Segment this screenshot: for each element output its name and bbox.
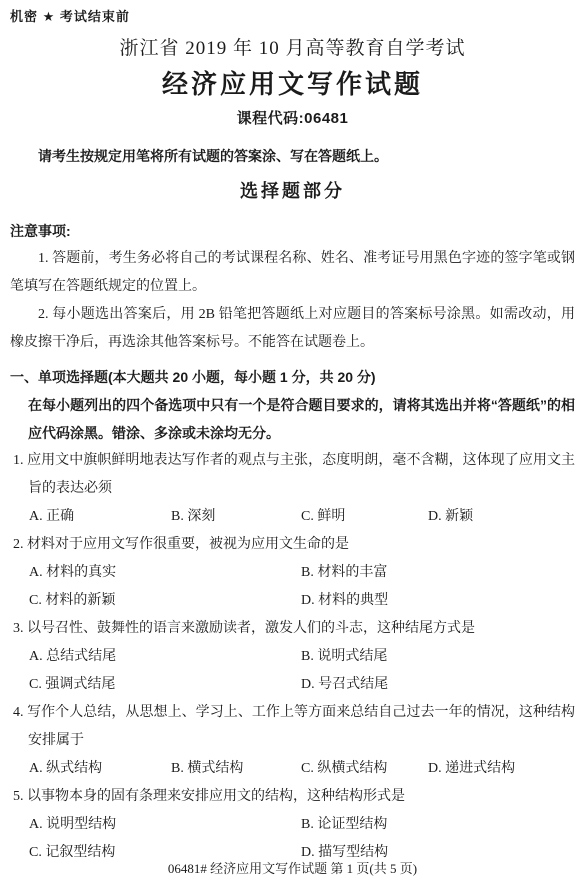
- question-1-option-c: C. 鲜明: [301, 503, 428, 531]
- part-one-instructions: 在每小题列出的四个备选项中只有一个是符合题目要求的，请将其选出并将“答题纸”的相…: [10, 391, 575, 447]
- question-3-options-row-1: A. 总结式结尾 B. 说明式结尾: [10, 643, 575, 671]
- answer-sheet-instruction: 请考生按规定用笔将所有试题的答案涂、写在答题纸上。: [10, 147, 575, 165]
- question-2-option-b: B. 材料的丰富: [301, 559, 387, 587]
- question-4-options: A. 纵式结构 B. 横式结构 C. 纵横式结构 D. 递进式结构: [10, 755, 575, 783]
- question-4-number: 4.: [13, 705, 24, 720]
- question-3-number: 3.: [13, 621, 24, 636]
- question-2: 2. 材料对于应用文写作很重要，被视为应用文生命的是 A. 材料的真实 B. 材…: [10, 531, 575, 615]
- question-2-options-row-1: A. 材料的真实 B. 材料的丰富: [10, 559, 575, 587]
- exam-page: 机密 ★ 考试结束前 浙江省 2019 年 10 月高等教育自学考试 经济应用文…: [0, 0, 585, 885]
- question-4-option-d: D. 递进式结构: [428, 755, 515, 783]
- question-3-options-row-2: C. 强调式结尾 D. 号召式结尾: [10, 671, 575, 699]
- question-5-option-a: A. 说明型结构: [29, 811, 301, 839]
- question-5-options-row-1: A. 说明型结构 B. 论证型结构: [10, 811, 575, 839]
- question-1-number: 1.: [13, 453, 24, 468]
- security-label: 机密 ★ 考试结束前: [10, 8, 575, 26]
- question-4: 4. 写作个人总结，从思想上、学习上、工作上等方面来总结自己过去一年的情况，这种…: [10, 699, 575, 783]
- question-3-text: 3. 以号召性、鼓舞性的语言来激励读者，激发人们的斗志，这种结尾方式是: [10, 615, 575, 643]
- exam-title: 经济应用文写作试题: [10, 67, 575, 101]
- question-2-option-d: D. 材料的典型: [301, 587, 388, 615]
- note-item-1: 1. 答题前，考生务必将自己的考试课程名称、姓名、准考证号用黑色字迹的签字笔或钢…: [10, 245, 575, 301]
- question-4-option-a: A. 纵式结构: [29, 755, 171, 783]
- question-5-number: 5.: [13, 789, 24, 804]
- question-1-option-d: D. 新颖: [428, 503, 473, 531]
- question-1-options: A. 正确 B. 深刻 C. 鲜明 D. 新颖: [10, 503, 575, 531]
- question-4-text: 4. 写作个人总结，从思想上、学习上、工作上等方面来总结自己过去一年的情况，这种…: [10, 699, 575, 755]
- question-5-text: 5. 以事物本身的固有条理来安排应用文的结构，这种结构形式是: [10, 783, 575, 811]
- question-1-option-a: A. 正确: [29, 503, 171, 531]
- note-item-2: 2. 每小题选出答案后，用 2B 铅笔把答题纸上对应题目的答案标号涂黑。如需改动…: [10, 301, 575, 357]
- question-4-body: 写作个人总结，从思想上、学习上、工作上等方面来总结自己过去一年的情况，这种结构安…: [27, 705, 575, 748]
- course-code: 课程代码:06481: [10, 109, 575, 129]
- question-3-option-a: A. 总结式结尾: [29, 643, 301, 671]
- question-2-text: 2. 材料对于应用文写作很重要，被视为应用文生命的是: [10, 531, 575, 559]
- question-2-option-a: A. 材料的真实: [29, 559, 301, 587]
- question-4-option-c: C. 纵横式结构: [301, 755, 428, 783]
- question-2-options-row-2: C. 材料的新颖 D. 材料的典型: [10, 587, 575, 615]
- section-title: 选择题部分: [10, 179, 575, 203]
- question-2-option-c: C. 材料的新颖: [29, 587, 301, 615]
- question-2-body: 材料对于应用文写作很重要，被视为应用文生命的是: [27, 537, 349, 552]
- part-one-heading: 一、单项选择题(本大题共 20 小题，每小题 1 分，共 20 分): [10, 363, 575, 391]
- question-5-option-b: B. 论证型结构: [301, 811, 387, 839]
- question-3-option-c: C. 强调式结尾: [29, 671, 301, 699]
- exam-session-title: 浙江省 2019 年 10 月高等教育自学考试: [10, 36, 575, 61]
- question-4-option-b: B. 横式结构: [171, 755, 301, 783]
- question-3-option-d: D. 号召式结尾: [301, 671, 388, 699]
- question-3-body: 以号召性、鼓舞性的语言来激励读者，激发人们的斗志，这种结尾方式是: [27, 621, 475, 636]
- part-one: 一、单项选择题(本大题共 20 小题，每小题 1 分，共 20 分) 在每小题列…: [10, 363, 575, 867]
- question-5-body: 以事物本身的固有条理来安排应用文的结构，这种结构形式是: [27, 789, 405, 804]
- question-2-number: 2.: [13, 537, 24, 552]
- question-1-option-b: B. 深刻: [171, 503, 301, 531]
- notes-block: 注意事项: 1. 答题前，考生务必将自己的考试课程名称、姓名、准考证号用黑色字迹…: [10, 217, 575, 357]
- question-1-text: 1. 应用文中旗帜鲜明地表达写作者的观点与主张，态度明朗，毫不含糊，这体现了应用…: [10, 447, 575, 503]
- page-footer: 06481# 经济应用文写作试题 第 1 页(共 5 页): [0, 860, 585, 877]
- question-1: 1. 应用文中旗帜鲜明地表达写作者的观点与主张，态度明朗，毫不含糊，这体现了应用…: [10, 447, 575, 531]
- notes-heading: 注意事项:: [10, 217, 575, 245]
- question-3-option-b: B. 说明式结尾: [301, 643, 387, 671]
- question-1-body: 应用文中旗帜鲜明地表达写作者的观点与主张，态度明朗，毫不含糊，这体现了应用文主旨…: [27, 453, 575, 496]
- question-5: 5. 以事物本身的固有条理来安排应用文的结构，这种结构形式是 A. 说明型结构 …: [10, 783, 575, 867]
- question-3: 3. 以号召性、鼓舞性的语言来激励读者，激发人们的斗志，这种结尾方式是 A. 总…: [10, 615, 575, 699]
